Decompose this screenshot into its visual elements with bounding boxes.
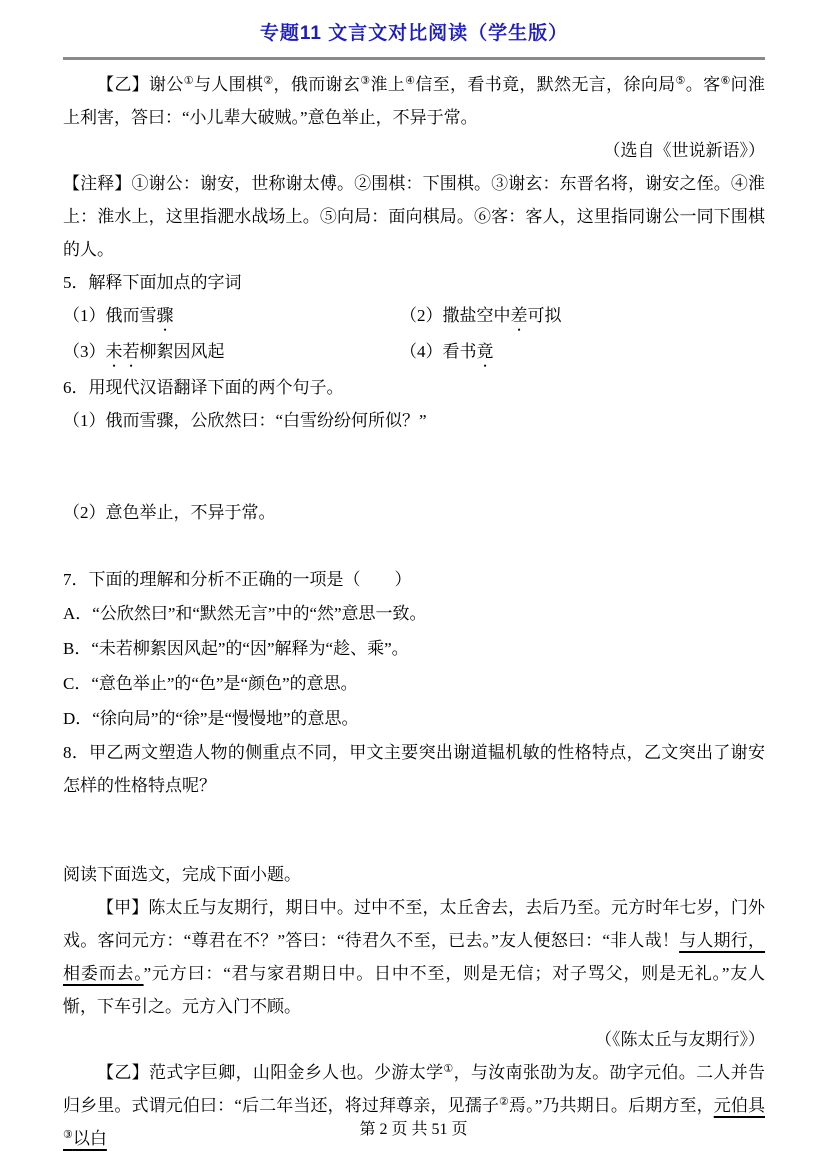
- passage-text: 范式字巨卿，山阳金乡人也。少游太学: [149, 1063, 443, 1082]
- passage-yi-2: 【乙】范式字巨卿，山阳金乡人也。少游太学①，与汝南张劭为友。劭字元伯。二人并告归…: [63, 1056, 765, 1155]
- item-text: 看书: [443, 342, 477, 361]
- q5-item-3: （3）未若柳絮因风起: [63, 335, 400, 371]
- page-content: 专题11 文言文对比阅读（学生版） 【乙】谢公①与人围棋②，俄而谢玄③淮上④信至…: [0, 18, 827, 1155]
- item-text: 撒盐空中: [443, 306, 511, 325]
- item-number: （2）: [400, 306, 443, 325]
- question-7-stem: 7．下面的理解和分析不正确的一项是（ ）: [63, 563, 765, 596]
- question-5-stem: 5．解释下面加点的字词: [63, 266, 765, 299]
- source-chentaiqiu: （《陈太丘与友期行》）: [63, 1023, 765, 1056]
- passage-jia-label: 【甲】: [97, 898, 148, 917]
- q5-item-4: （4）看书竟: [400, 335, 765, 371]
- q5-item-1: （1）俄而雪骤: [63, 299, 400, 335]
- item-text: 俄而雪: [106, 306, 157, 325]
- passage-text: 元伯具: [714, 1096, 765, 1115]
- option-c: C．“意色举止”的“色”是“颜色”的意思。: [63, 666, 765, 701]
- option-a: A．“公欣然曰”和“默然无言”中的“然”意思一致。: [63, 596, 765, 631]
- note-ref-6: ⑥: [720, 75, 730, 87]
- passage-text: 。客: [686, 75, 721, 94]
- note-ref-1: ①: [184, 75, 194, 87]
- question-5-items: （1）俄而雪骤 （2）撒盐空中差可拟 （3）未若柳絮因风起 （4）看书竟: [63, 299, 765, 371]
- q6-sentence-1: （1）俄而雪骤，公欣然曰：“白雪纷纷何所似？”: [63, 404, 765, 437]
- item-text: 柳絮因风起: [140, 342, 225, 361]
- passage-text: 陈太丘与友期行，期日中。过中不至，太丘舍去，去后乃至。元方时年七岁，门外戏。客问…: [63, 898, 765, 950]
- note-ref-5: ⑤: [676, 75, 686, 87]
- item-text: 可拟: [528, 306, 562, 325]
- emphasized-char: 未若: [106, 342, 140, 361]
- note-ref-4: ④: [405, 75, 415, 87]
- q5-item-2: （2）撒盐空中差可拟: [400, 299, 765, 335]
- note-ref-2: ②: [263, 75, 273, 87]
- section-2-intro: 阅读下面选文，完成下面小题。: [63, 858, 765, 891]
- passage-text: 淮上: [370, 75, 405, 94]
- emphasized-char: 竟: [477, 342, 494, 361]
- header-rule: [63, 57, 765, 60]
- passage-text: ”元方曰：“君与家君期日中。日中不至，则是无信；对子骂父，则是无礼。”友人惭，下…: [63, 964, 765, 1016]
- item-number: （3）: [63, 342, 106, 361]
- passage-text: 信至，看书竟，默然无言，徐向局: [415, 75, 675, 94]
- passage-text: 谢公: [149, 75, 184, 94]
- passage-text: 焉。”乃共期日。后期方至，: [509, 1096, 714, 1115]
- option-b: B．“未若柳絮因风起”的“因”解释为“趁、乘”。: [63, 631, 765, 666]
- note-ref-1: ①: [443, 1063, 453, 1075]
- emphasized-char: 差: [511, 306, 528, 325]
- question-6-stem: 6．用现代汉语翻译下面的两个句子。: [63, 371, 765, 404]
- document-page: 专题11 文言文对比阅读（学生版） 【乙】谢公①与人围棋②，俄而谢玄③淮上④信至…: [0, 0, 827, 1169]
- passage-jia: 【甲】陈太丘与友期行，期日中。过中不至，太丘舍去，去后乃至。元方时年七岁，门外戏…: [63, 891, 765, 1023]
- source-shishuoxinyu: （选自《世说新语》）: [63, 134, 765, 167]
- question-8: 8．甲乙两文塑造人物的侧重点不同，甲文主要突出谢道韫机敏的性格特点，乙文突出了谢…: [63, 736, 765, 802]
- note-ref-2: ②: [499, 1096, 509, 1108]
- passage-yi-2-label: 【乙】: [97, 1063, 149, 1082]
- passage-yi-1-label: 【乙】: [97, 75, 149, 94]
- passage-text: 与人围棋: [194, 75, 263, 94]
- page-footer: 第 2 页 共 51 页: [0, 1116, 827, 1139]
- passage-yi-1: 【乙】谢公①与人围棋②，俄而谢玄③淮上④信至，看书竟，默然无言，徐向局⑤。客⑥问…: [63, 68, 765, 134]
- item-number: （1）: [63, 306, 106, 325]
- annotations: 【注释】①谢公：谢安，世称谢太傅。②围棋：下围棋。③谢玄：东晋名将，谢安之侄。④…: [63, 167, 765, 266]
- note-ref-3: ③: [360, 75, 370, 87]
- option-d: D．“徐向局”的“徐”是“慢慢地”的意思。: [63, 701, 765, 736]
- passage-text: ，俄而谢玄: [274, 75, 361, 94]
- item-number: （4）: [400, 342, 443, 361]
- emphasized-char: 骤: [157, 306, 174, 325]
- q6-sentence-2: （2）意色举止，不异于常。: [63, 496, 765, 529]
- page-title: 专题11 文言文对比阅读（学生版）: [63, 18, 765, 45]
